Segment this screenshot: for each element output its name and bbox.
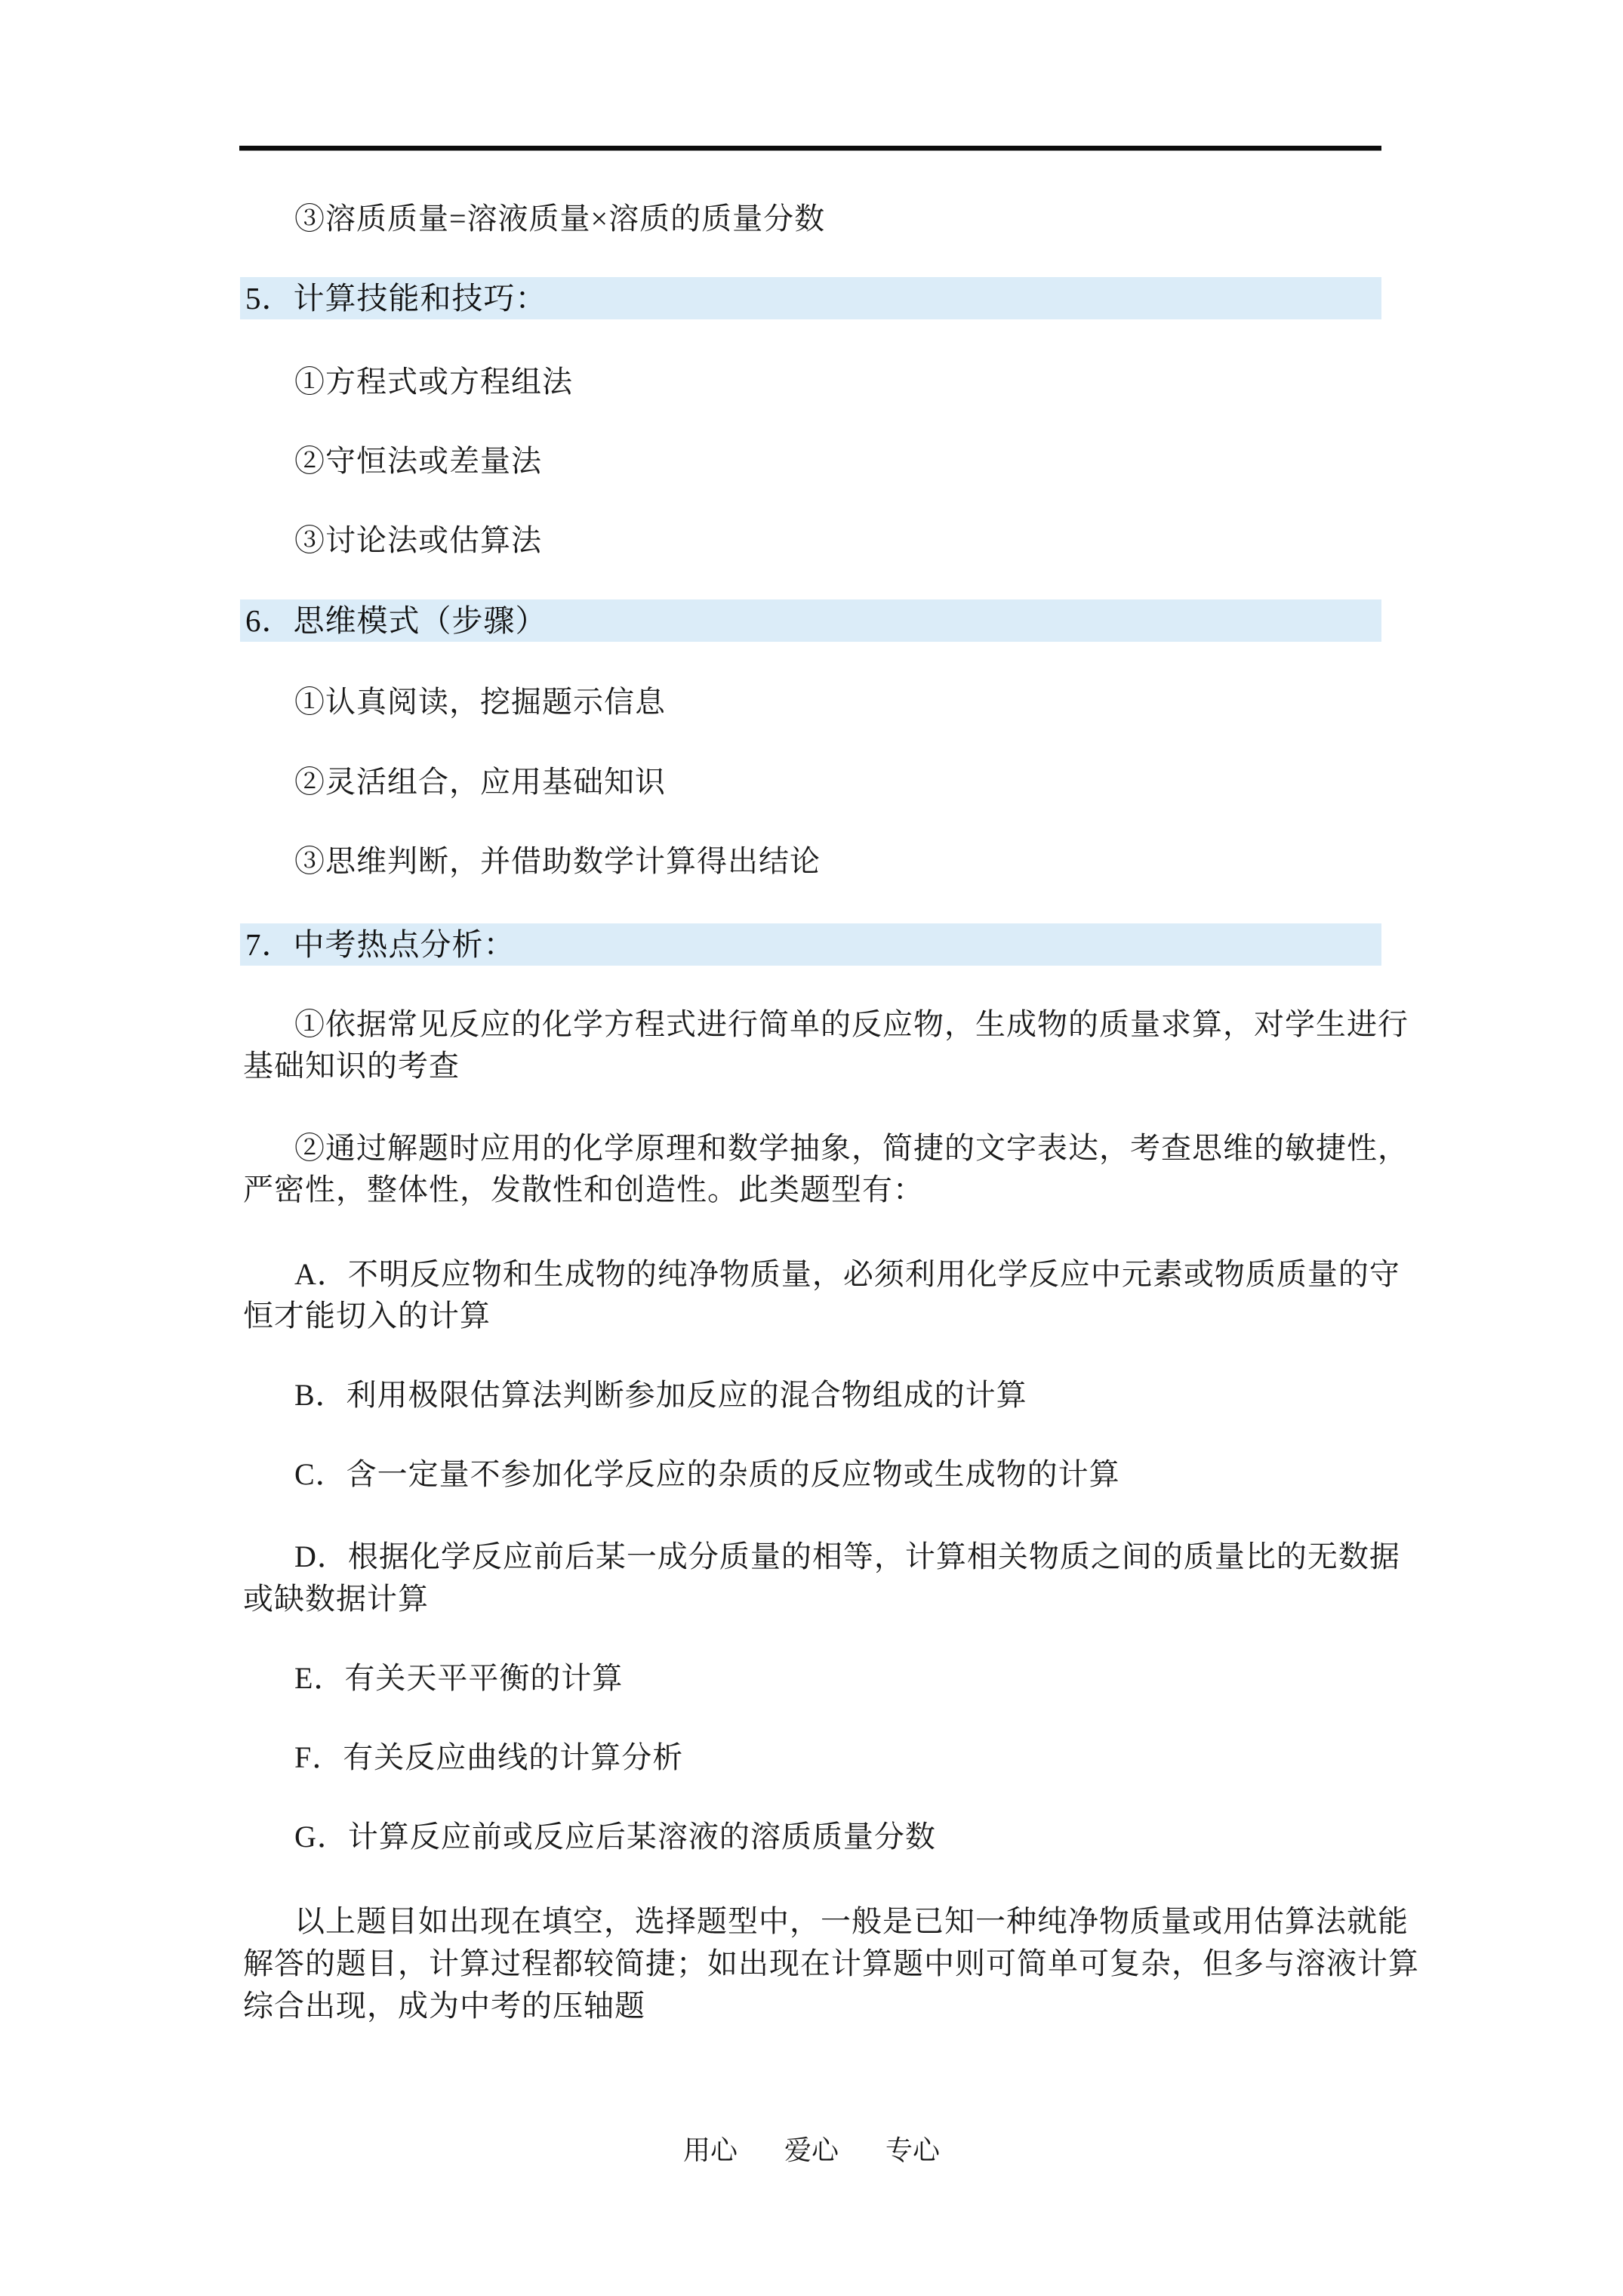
section-6-item-3: ③思维判断，并借助数学计算得出结论	[294, 845, 821, 878]
section-5-item-3: ③讨论法或估算法	[294, 524, 542, 557]
footer-word-3: 专心	[885, 2134, 940, 2167]
section-7-item-a-line-2: 恒才能切入的计算	[243, 1299, 491, 1333]
section-7-item-b: B．利用极限估算法判断参加反应的混合物组成的计算	[294, 1379, 1027, 1412]
formula-line: ③溶质质量=溶液质量×溶质的质量分数	[294, 202, 825, 236]
section-6-heading-bar: 6．思维模式（步骤）	[240, 599, 1381, 642]
section-6-item-1: ①认真阅读，挖掘题示信息	[294, 686, 666, 719]
section-7-item-e: E．有关天平平衡的计算	[294, 1662, 623, 1695]
section-7-para-2-line-2: 严密性，整体性，发散性和创造性。此类题型有：	[243, 1173, 924, 1207]
section-5-item-1: ①方程式或方程组法	[294, 365, 573, 399]
page-footer: 用心 爱心 专心	[683, 2134, 940, 2167]
section-5-item-2: ②守恒法或差量法	[294, 445, 542, 478]
section-6-item-2: ②灵活组合，应用基础知识	[294, 766, 666, 799]
section-7-heading: 7．中考热点分析：	[240, 928, 516, 961]
section-5-heading: 5．计算技能和技巧：	[240, 282, 547, 315]
section-7-closing-line-3: 综合出现，成为中考的压轴题	[243, 1989, 645, 2023]
document-page: ③溶质质量=溶液质量×溶质的质量分数 5．计算技能和技巧： ①方程式或方程组法 …	[0, 0, 1623, 2296]
section-7-item-a-line-1: A．不明反应物和生成物的纯净物质量，必须利用化学反应中元素或物质质量的守	[294, 1258, 1400, 1291]
section-7-closing-line-1: 以上题目如出现在填空，选择题型中，一般是已知一种纯净物质量或用估算法就能	[294, 1905, 1409, 1938]
section-6-heading: 6．思维模式（步骤）	[240, 604, 547, 637]
section-7-item-d-line-2: 或缺数据计算	[243, 1583, 429, 1616]
section-7-item-f: F．有关反应曲线的计算分析	[294, 1741, 683, 1774]
section-7-para-1-line-2: 基础知识的考查	[243, 1049, 460, 1083]
section-7-item-g: G．计算反应前或反应后某溶液的溶质质量分数	[294, 1820, 936, 1854]
footer-word-2: 爱心	[784, 2134, 839, 2167]
section-7-closing-line-2: 解答的题目，计算过程都较简捷；如出现在计算题中则可简单可复杂，但多与溶液计算	[243, 1947, 1419, 1980]
footer-word-1: 用心	[683, 2134, 738, 2167]
header-rule	[239, 146, 1381, 151]
section-7-para-1-line-1: ①依据常见反应的化学方程式进行简单的反应物，生成物的质量求算，对学生进行	[294, 1008, 1409, 1041]
section-7-item-d-line-1: D．根据化学反应前后某一成分质量的相等，计算相关物质之间的质量比的无数据	[294, 1540, 1400, 1573]
section-7-heading-bar: 7．中考热点分析：	[240, 923, 1381, 966]
section-7-para-2-line-1: ②通过解题时应用的化学原理和数学抽象，简捷的文字表达，考查思维的敏捷性，	[294, 1132, 1409, 1165]
section-7-item-c: C．含一定量不参加化学反应的杂质的反应物或生成物的计算	[294, 1458, 1120, 1491]
section-5-heading-bar: 5．计算技能和技巧：	[240, 277, 1381, 319]
